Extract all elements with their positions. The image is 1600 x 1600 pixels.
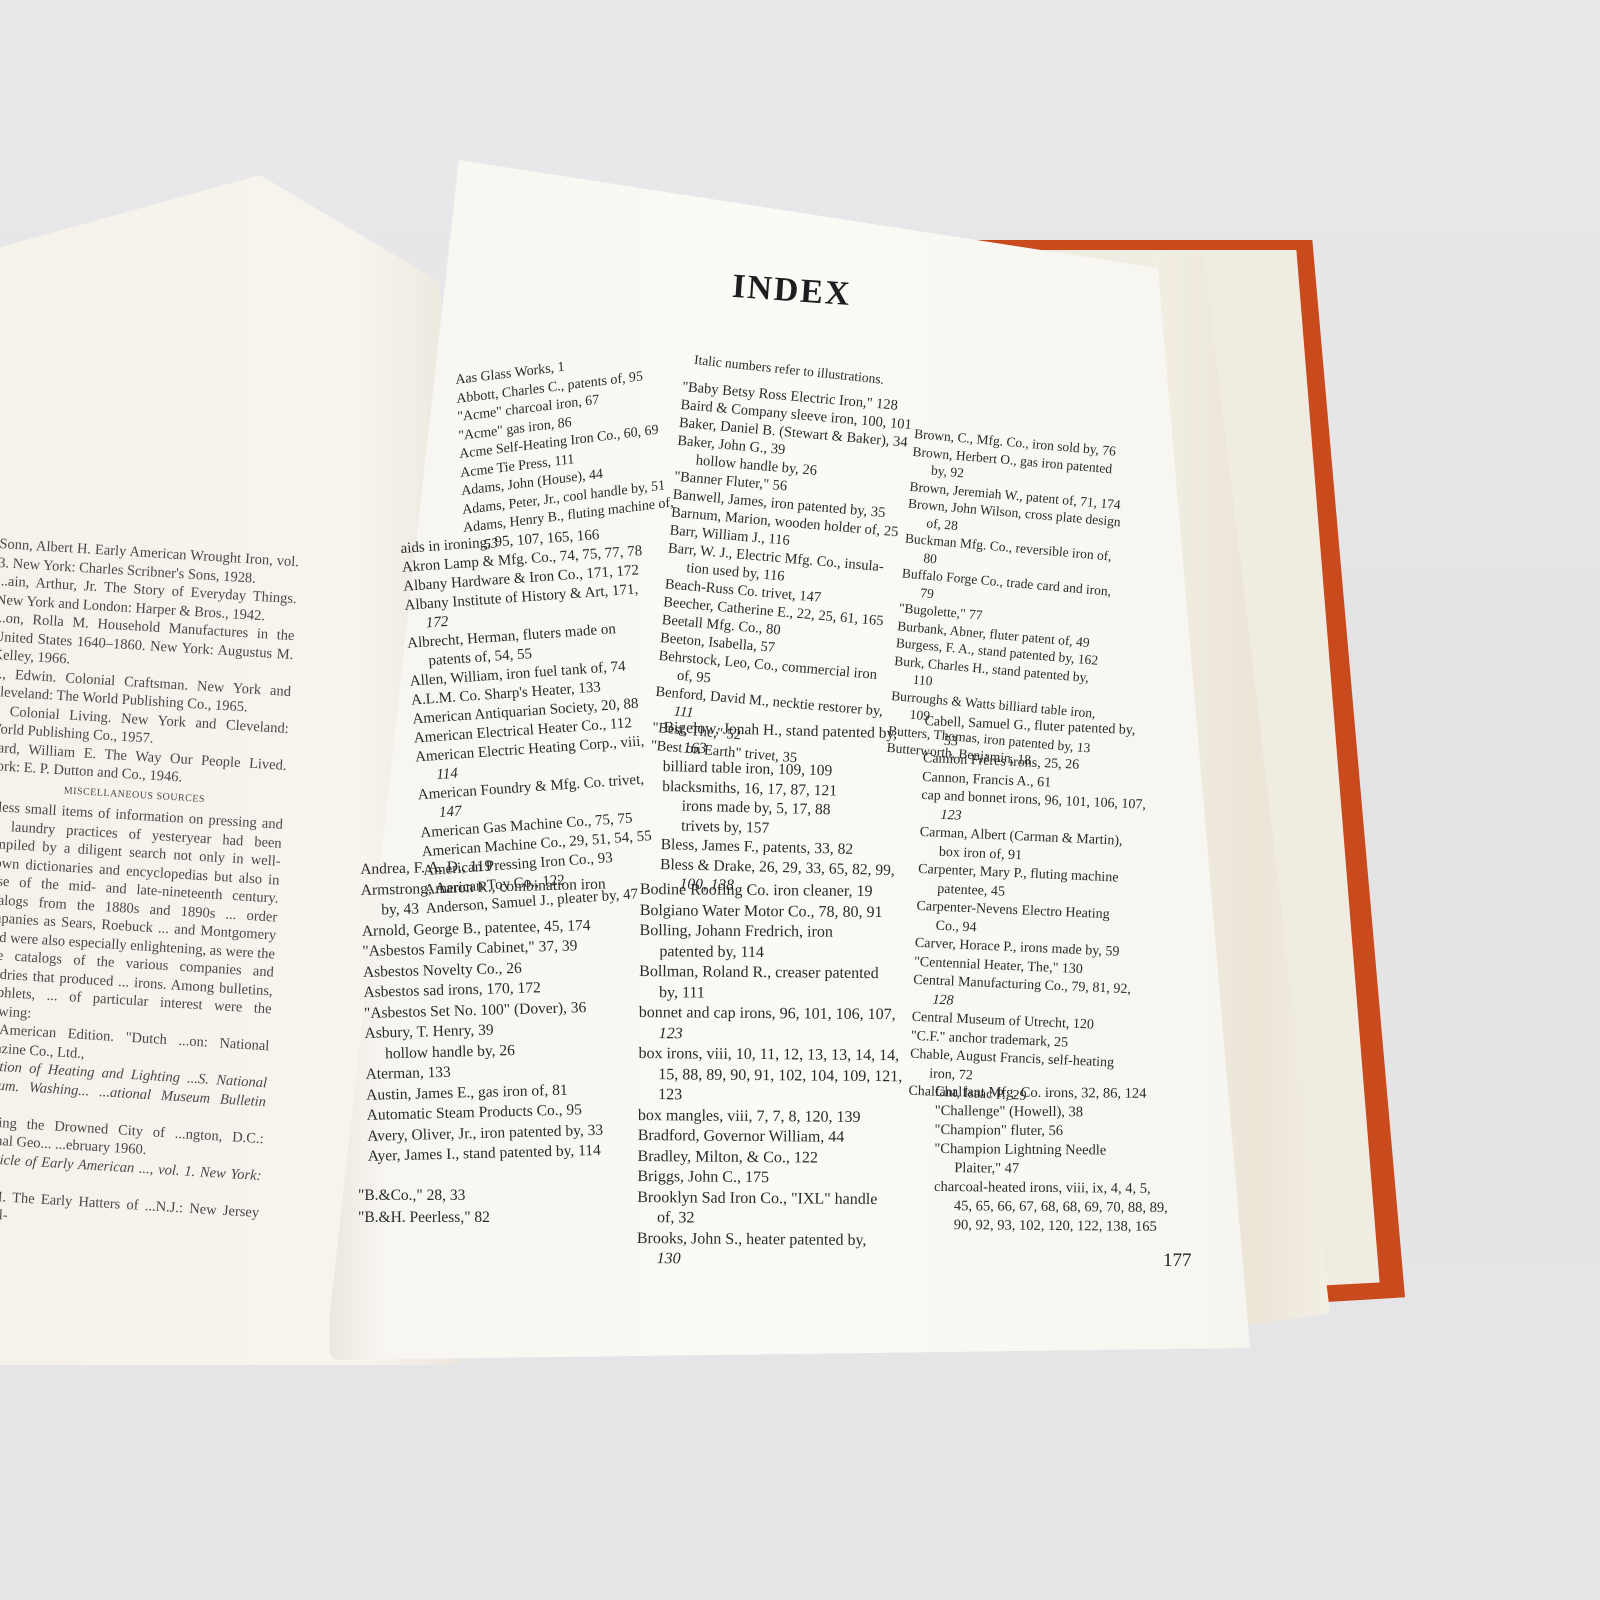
index-entry: Bollman, Roland R., creaser patented [639, 962, 903, 985]
index-entry-cont: Plaiter," 47 [934, 1159, 1168, 1180]
index-entry: Brooklyn Sad Iron Co., "IXL" handle [637, 1187, 901, 1210]
index-entry: "Champion Lightning Needle [934, 1140, 1168, 1161]
index-entry-cont: of, 32 [637, 1208, 901, 1231]
index-entry: box irons, viii, 10, 11, 12, 13, 13, 14,… [638, 1044, 902, 1067]
index-column-1-bottom: Andrea, F. A. D., 119 Armstrong, Aaron R… [360, 854, 613, 1168]
index-entry: "Challenge" (Howell), 38 [935, 1102, 1169, 1123]
misc-paragraph: ...tless small items of information on p… [0, 798, 283, 1038]
index-entry: bonnet and cap irons, 96, 101, 106, 107, [639, 1003, 903, 1026]
index-column-1-b: "B.&Co.," 28, 33 "B.&H. Peerless," 82 [358, 1185, 490, 1229]
index-entry: Bradford, Governor William, 44 [638, 1126, 902, 1149]
index-column-1-top: Aas Glass Works, 1 Abbott, Charles C., p… [455, 346, 675, 557]
index-entry: Bodine Roofing Co. iron cleaner, 19 [640, 880, 904, 903]
index-entry-cont: 15, 88, 89, 90, 91, 102, 104, 109, 121, [638, 1064, 902, 1087]
index-entry: Bradley, Milton, & Co., 122 [637, 1146, 901, 1169]
index-entry: Bolgiano Water Motor Co., 78, 80, 91 [640, 900, 904, 923]
page-number: 177 [1163, 1250, 1192, 1272]
index-column-2-bottom: Bodine Roofing Co. iron cleaner, 19 Bolg… [637, 880, 904, 1272]
bibliography-text: Sonn, Albert H. Early American Wrought I… [0, 535, 299, 1241]
index-entry-cont: 130 [637, 1249, 901, 1272]
index-entry: "B.&Co.," 28, 33 [358, 1185, 490, 1207]
index-entry-cont: 123 [639, 1023, 903, 1046]
index-entry: "B.&H. Peerless," 82 [358, 1207, 490, 1229]
index-entry: Briggs, John C., 175 [637, 1167, 901, 1190]
index-entry: Brooks, John S., heater patented by, [637, 1228, 901, 1251]
index-entry-cont: patented by, 114 [639, 941, 903, 964]
index-entry: charcoal-heated irons, viii, ix, 4, 4, 5… [934, 1178, 1168, 1199]
index-entry-cont: by, 111 [639, 982, 903, 1005]
index-column-2-top: "Baby Betsy Ross Electric Iron," 128 Bai… [650, 378, 914, 775]
index-entry: "Champion" fluter, 56 [935, 1121, 1169, 1142]
index-column-3-mid: Cabell, Samuel G., fluter patented by, 5… [908, 713, 1149, 1111]
index-entry-cont: 90, 92, 93, 102, 120, 122, 138, 165 [934, 1216, 1168, 1237]
index-column-2-mid: Bigelow, Jonah H., stand patented by, 16… [659, 718, 898, 900]
index-entry: Bolling, Johann Fredrich, iron [639, 921, 903, 944]
index-entry-cont: 45, 65, 66, 67, 68, 68, 69, 70, 88, 89, [934, 1197, 1168, 1218]
index-entry-cont: 123 [638, 1085, 902, 1108]
index-entry: Chalfant Mfg. Co. irons, 32, 86, 124 [935, 1083, 1169, 1104]
index-entry: box mangles, viii, 7, 7, 8, 120, 139 [638, 1105, 902, 1128]
index-column-3-bottom: Chalfant Mfg. Co. irons, 32, 86, 124 "Ch… [934, 1083, 1169, 1237]
